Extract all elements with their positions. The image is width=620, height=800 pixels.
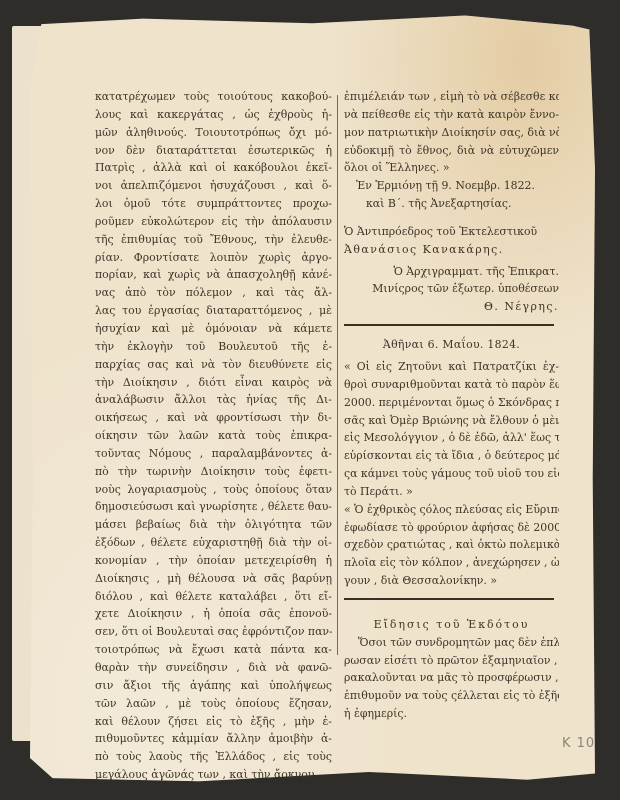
proclamation-line: ὅλοι οἱ Ἕλληνες. » (344, 159, 559, 177)
notice-line: Ὅσοι τῶν συνδρομητῶν μας δὲν ἐπλή- (344, 634, 559, 652)
news-line: εἰς Μεσολόγγιον , ὁ δὲ ἐδῶ, ἀλλ' ἕως τώρ… (344, 429, 559, 447)
news-line: θροὶ συναριθμοῦνται κατὰ τὸ παρὸν ἕως (344, 376, 559, 394)
article-line: οικήσεως , καὶ νὰ φροντίσωσι τὴν δι- (95, 409, 332, 427)
news-line: « Οἱ εἰς Ζητοῦνι καὶ Πατρατζίκι ἐχ- (344, 358, 559, 376)
article-line: ἡσυχίαν καὶ μὲ ὁμόνοιαν νὰ κάμετε (95, 320, 332, 338)
article-line: νοὺς λογαριασμοὺς , τοὺς ὁποίους ὅταν (95, 481, 332, 499)
article-line: πὸ τὴν τωρινὴν Διοίκησιν τοὺς ἐφετι- (95, 463, 332, 481)
publisher-notice-heading: Εἴδησις τοῦ Ἐκδότου (344, 616, 559, 634)
article-line: Διοίκησις , μὴ θέλουσα νὰ σᾶς βαρύνῃ (95, 570, 332, 588)
article-line: τὴν Διοίκησιν , διότι εἶναι καιρὸς νὰ (95, 374, 332, 392)
proclamation-line: νὰ πείθεσθε εἰς τὴν κατὰ καιρὸν ἔννο- (344, 106, 559, 124)
article-line: τῶν λαῶν , μὲ τοὺς ὁποίους ἔζησαν, (95, 695, 332, 713)
news-item-2: « Ὁ ἐχθρικὸς ςόλος πλεύσας εἰς Εὔριπον,ἐ… (344, 501, 559, 590)
proclamation-ending: ἐπιμέλειάν των , εἰμὴ τὸ νὰ σέβεσθε καὶν… (344, 88, 559, 177)
dateline-independence-year: καὶ Β΄. τῆς Ἀνεξαρτησίας. (344, 195, 559, 213)
article-line: ἀναλάβωσιν ἄλλοι τὰς ἡνίας τῆς Δι- (95, 391, 332, 409)
section-rule (344, 324, 554, 326)
news-dateline-heading: Ἀθῆναι 6. Μαΐου. 1824. (344, 336, 559, 354)
article-line: πιθυμοῦντες κἀμμίαν ἄλλην ἀμοιβὴν ἀ- (95, 730, 332, 748)
news-line: 2000. περιμένονται ὅμως ὁ Σκόνδρας πα- (344, 394, 559, 412)
news-line: γουν , διὰ Θεσσαλονίκην. » (344, 572, 559, 590)
article-line: τοῦντας Νόμους , παραλαμβάνοντες ἀ- (95, 445, 332, 463)
proclamation-line: ἐπιμέλειάν των , εἰμὴ τὸ νὰ σέβεσθε καὶ (344, 88, 559, 106)
notice-line: ρακαλοῦνται να μᾶς τὸ προσφέρωσιν , ἂν (344, 669, 559, 687)
article-line: νον δὲν διαταράττεται ἐσωτερικῶς ἡ (95, 142, 332, 160)
news-line: ςα κάμνει τοὺς γάμους τοῦ υἱοῦ του εἰς (344, 465, 559, 483)
article-line: οίκησιν τῶν λαῶν κατὰ τοὺς ἐπικρα- (95, 427, 332, 445)
article-line: λοι ὁμοῦ τότε συμπράττοντες προχω- (95, 195, 332, 213)
article-line: σιν ἄξιοι τῆς ἀγάπης καὶ ὑπολήψεως (95, 677, 332, 695)
article-line: θαρὰν τὴν συνείδησιν , διὰ νὰ φανῶ- (95, 659, 332, 677)
left-column: κατατρέχωμεν τοὺς τοιούτους κακοβού-λους… (95, 88, 332, 784)
news-line: σᾶς καὶ Ὀμὲρ Βριώνης νὰ ἔλθουν ὁ μὲν (344, 412, 559, 430)
article-line: δημοσιεύσωσι καὶ γνωρίσητε , θέλετε θαυ- (95, 498, 332, 516)
article-line: λας του ἐργασίας διαταραττόμενος , μὲ (95, 302, 332, 320)
article-line: παρχίας σας καὶ νὰ τὸν διευθύνετε εἰς (95, 356, 332, 374)
signature-title-vice-president: Ὁ Ἀντιπρόεδρος τοῦ Ἐκτελεστικοῦ (344, 223, 559, 241)
article-line: διόλου , καὶ θέλετε καταλάβει , ὅτι εἴ- (95, 588, 332, 606)
article-line: κονομίαν , τὴν ὁποίαν μετεχειρίσθη ἡ (95, 552, 332, 570)
notice-line: ρωσαν εἰσέτι τὸ πρῶτον ἑξαμηνιαῖον , πα- (344, 652, 559, 670)
news-line: τὸ Περάτι. » (344, 483, 559, 501)
article-line: κατατρέχωμεν τοὺς τοιούτους κακοβού- (95, 88, 332, 106)
article-line: πὸ τοὺς λαοὺς τῆς Ἑλλάδος , εἰς τοὺς (95, 748, 332, 766)
article-line: μάσει βεβαίως διὰ τὴν ὀλιγότητα τῶν (95, 516, 332, 534)
article-line: ρίαν. Φροντίσατε λοιπὸν χωρὶς ἀργο- (95, 249, 332, 267)
signature-name-kanakaris: Ἀθανάσιος Κανακάρης. (344, 241, 559, 259)
article-line: ροῦμεν εὐκολώτερον εἰς τὴν ἀπόλαυσιν (95, 213, 332, 231)
article-line: σεν, ὅτι οἱ Βουλευταὶ σας ἐφρόντιζον παν… (95, 623, 332, 641)
proclamation-line: μον πατριωτικὴν Διοίκησίν σας, διὰ νὰ (344, 124, 559, 142)
article-line: τὴν ἐκλογὴν τοῦ Βουλευτοῦ τῆς ἐ- (95, 338, 332, 356)
signature-name-negris: Θ. Νέγρης. (344, 298, 559, 316)
article-line: μῶν ἀληθινούς. Τοιουτοτρόπως ὄχι μό- (95, 124, 332, 142)
article-line: τοιοτρόπως νὰ ἔχωσι κατὰ πάντα κα- (95, 641, 332, 659)
notice-line: ἡ ἐφημερίς. (344, 705, 559, 723)
news-item-1: « Οἱ εἰς Ζητοῦνι καὶ Πατρατζίκι ἐχ-θροὶ … (344, 358, 559, 501)
news-line: σχεδὸν ςρατιώτας , καὶ ὀκτὼ πολεμικὰ (344, 536, 559, 554)
article-line: ἐξόδων , θέλετε εὐχαριστηθῇ διὰ τὴν οἰ- (95, 534, 332, 552)
article-line: πορίαν, καὶ χωρὶς νὰ ἀπασχοληθῇ κἀνέ- (95, 266, 332, 284)
article-line: λους καὶ κακεργάτας , ὡς ἐχθροὺς ἡ- (95, 106, 332, 124)
news-line: εὑρίσκονται εἰς τὰ ἴδια , ὁ δεύτερος μάλ… (344, 447, 559, 465)
article-line: νας ἀπὸ τὸν πόλεμον , καὶ τὰς ἄλ- (95, 284, 332, 302)
publisher-notice: Ὅσοι τῶν συνδρομητῶν μας δὲν ἐπλή-ρωσαν … (344, 634, 559, 723)
article-line: τῆς ἐπιθυμίας τοῦ Ἔθνους, τὴν ἐλευθε- (95, 231, 332, 249)
news-line: ἐφωδίασε τὸ φρούριον ἀφήσας δὲ 2000. (344, 519, 559, 537)
signature-title-secretary: Ὁ Ἀρχιγραμματ. τῆς Ἐπικρατ. (344, 263, 559, 281)
article-line: μεγάλους ἀγῶνάς των , καὶ τὴν ἄοκνον (95, 766, 332, 784)
archive-mark: K 10 (562, 736, 595, 751)
column-divider (337, 95, 338, 655)
article-line: καὶ θέλουν ζήσει εἰς τὸ ἑξῆς , μὴν ἐ- (95, 713, 332, 731)
dateline-place-date: Ἐν Ἑρμιόνῃ τῇ 9. Νοεμβρ. 1822. (344, 177, 559, 195)
news-line: « Ὁ ἐχθρικὸς ςόλος πλεύσας εἰς Εὔριπον, (344, 501, 559, 519)
notice-line: ἐπιθυμοῦν να τοὺς ςέλλεται εἰς τὸ ἑξῆς (344, 687, 559, 705)
article-line: νοι ἀπελπιζόμενοι ἡσυχάζουσι , καὶ ὅ- (95, 177, 332, 195)
article-line: Πατρὶς , ἀλλὰ καὶ οἱ κακόβουλοι ἐκεῖ- (95, 159, 332, 177)
right-column: ἐπιμέλειάν των , εἰμὴ τὸ νὰ σέβεσθε καὶν… (344, 88, 559, 723)
section-rule-2 (344, 598, 554, 600)
news-line: πλοῖα εἰς τὸν κόλπον , ἀνεχώρησεν , ὡς λ… (344, 554, 559, 572)
proclamation-line: εὐδοκιμῇ τὸ ἔθνος, διὰ νὰ εὐτυχῶμεν (344, 142, 559, 160)
signature-title-minister: Μινίςρος τῶν ἐξωτερ. ὑποθέσεων (344, 280, 559, 298)
article-line: χετε Διοίκησιν , ἡ ὁποία σᾶς ἐπονοῦ- (95, 605, 332, 623)
